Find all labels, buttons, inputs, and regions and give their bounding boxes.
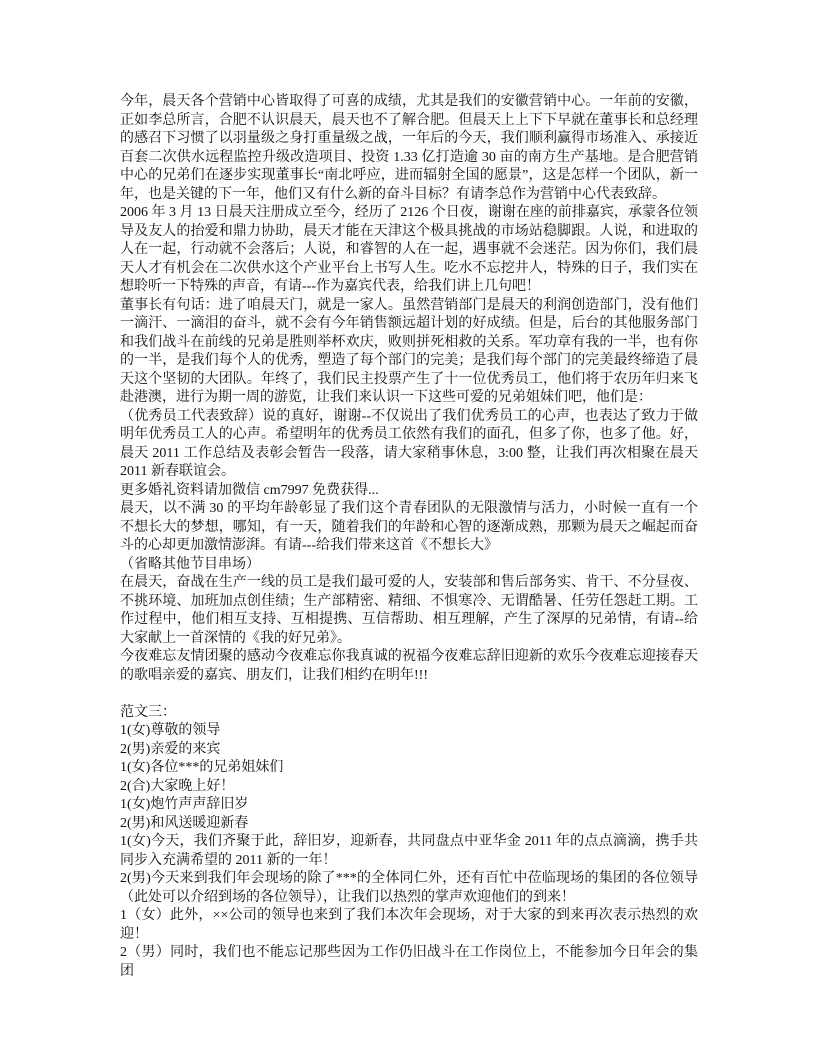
blank-line (120, 685, 698, 704)
script-line: 1(女)炮竹声声辞旧岁 (120, 796, 698, 815)
paragraph: （优秀员工代表致辞）说的真好，谢谢--不仅说出了我们优秀员工的心声，也表达了致力… (120, 408, 698, 482)
paragraph: （省略其他节目串场） (120, 556, 698, 575)
paragraph: 晨天，以不满 30 的平均年龄彰显了我们这个青春团队的无限激情与活力，小时候一直… (120, 500, 698, 556)
script-line: 2（男）同时，我们也不能忘记那些因为工作仍旧战斗在工作岗位上，不能参加今日年会的… (120, 944, 698, 981)
document-page: 今年，晨天各个营销中心皆取得了可喜的成绩，尤其是我们的安徽营销中心。一年前的安徽… (0, 0, 816, 1056)
paragraph: 更多婚礼资料请加微信 cm7997 免费获得... (120, 482, 698, 501)
paragraph: 董事长有句话：进了咱晨天门，就是一家人。虽然营销部门是晨天的利润创造部门，没有他… (120, 297, 698, 408)
script-line: 1(女)各位***的兄弟姐妹们 (120, 759, 698, 778)
paragraph: 在晨天，奋战在生产一线的员工是我们最可爱的人，安装部和售后部务实、肯干、不分昼夜… (120, 574, 698, 648)
paragraph: 今年，晨天各个营销中心皆取得了可喜的成绩，尤其是我们的安徽营销中心。一年前的安徽… (120, 93, 698, 204)
script-line: 2(男)今天来到我们年会现场的除了***的全体同仁外，还有百忙中莅临现场的集团的… (120, 870, 698, 907)
document-text-body: 今年，晨天各个营销中心皆取得了可喜的成绩，尤其是我们的安徽营销中心。一年前的安徽… (120, 93, 698, 981)
paragraph: 今夜难忘友情团聚的感动今夜难忘你我真诚的祝福今夜难忘辞旧迎新的欢乐今夜难忘迎接春… (120, 648, 698, 685)
script-line: 1(女)今天，我们齐聚于此，辞旧岁，迎新春，共同盘点中亚华金 2011 年的点点… (120, 833, 698, 870)
script-line: 2(男)亲爱的来宾 (120, 741, 698, 760)
script-line: 2(合)大家晚上好！ (120, 778, 698, 797)
paragraph: 2006 年 3 月 13 日晨天注册成立至今，经历了 2126 个日夜，谢谢在… (120, 204, 698, 297)
script-line: 1（女）此外，××公司的领导也来到了我们本次年会现场，对于大家的到来再次表示热烈… (120, 907, 698, 944)
script-line: 1(女)尊敬的领导 (120, 722, 698, 741)
script-line: 2(男)和风送暖迎新春 (120, 815, 698, 834)
section-heading: 范文三： (120, 704, 698, 723)
